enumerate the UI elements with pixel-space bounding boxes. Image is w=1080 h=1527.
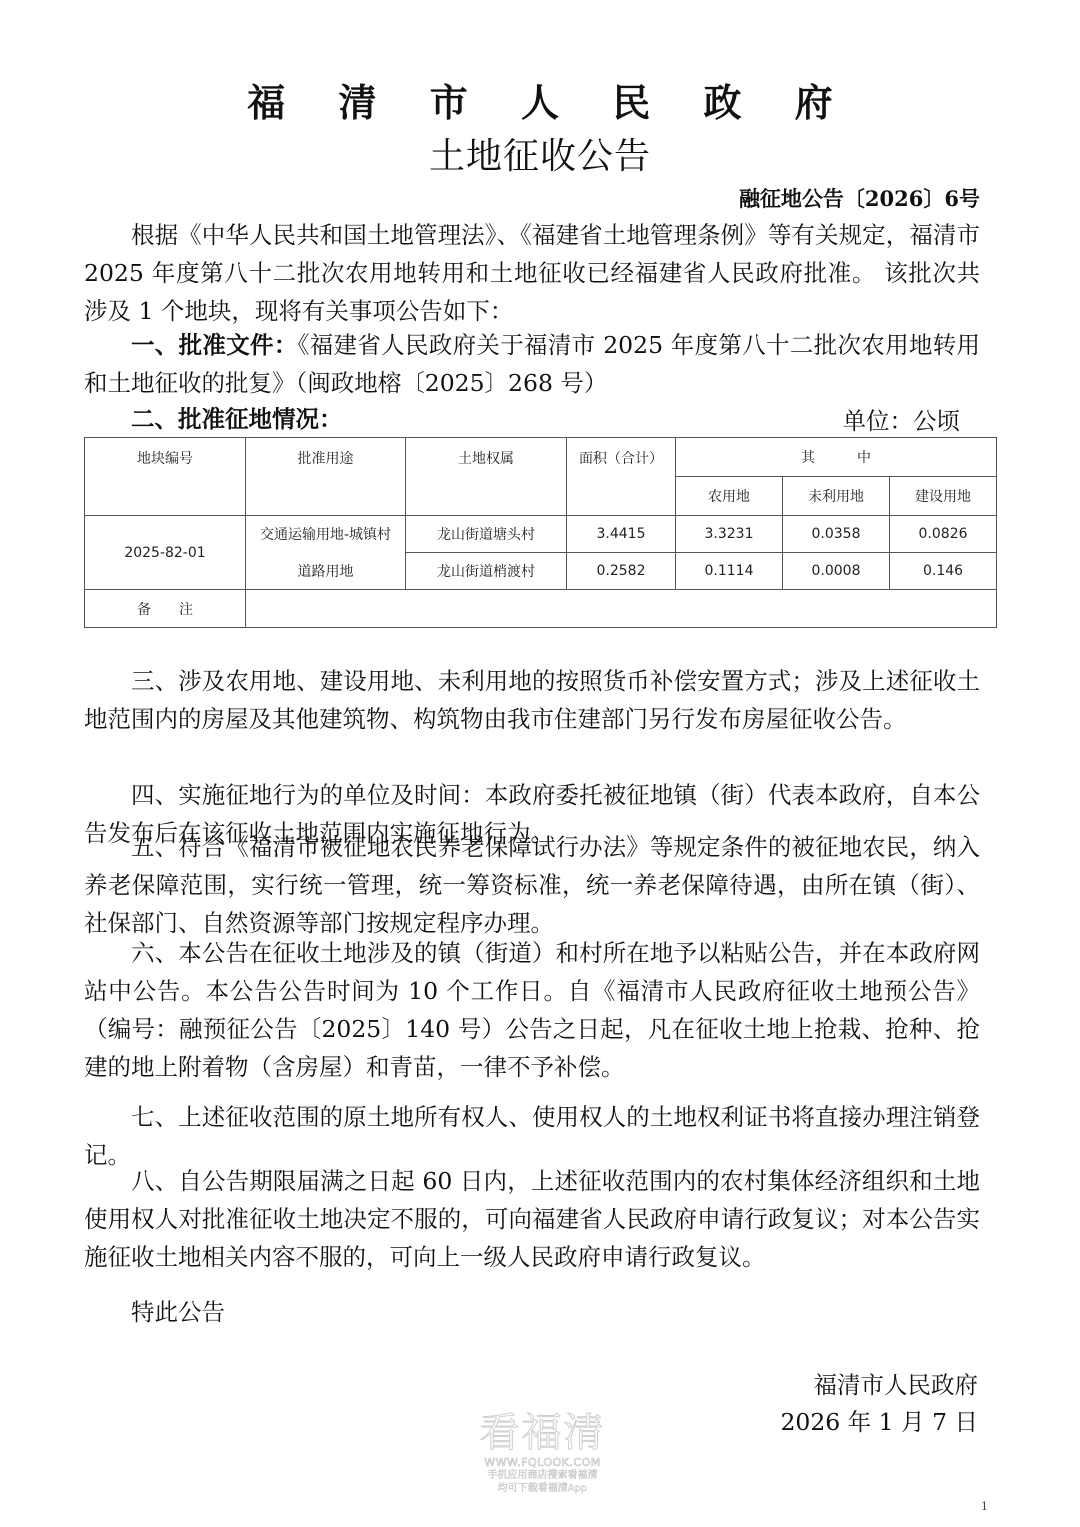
cell-approved-use-line1: 交通运输用地-城镇村 bbox=[246, 516, 406, 553]
cell-approved-use-line2: 道路用地 bbox=[246, 553, 406, 590]
section-approval-document: 一、批准文件：《福建省人民政府关于福清市 2025 年度第八十二批次农用地转用和… bbox=[84, 326, 980, 402]
cell-area-total: 0.2582 bbox=[567, 553, 676, 590]
intro-paragraph: 根据《中华人民共和国土地管理法》、《福建省土地管理条例》等有关规定，福清市 20… bbox=[84, 216, 980, 330]
signature-organization: 福清市人民政府 bbox=[814, 1366, 979, 1400]
table-header-row: 地块编号 批准用途 土地权属 面积（合计） 其 中 bbox=[85, 438, 997, 477]
header-unused: 未利用地 bbox=[783, 477, 890, 516]
header-approved-use: 批准用途 bbox=[246, 438, 406, 516]
cell-construction: 0.0826 bbox=[890, 516, 997, 553]
cell-parcel-id: 2025-82-01 bbox=[85, 516, 246, 590]
watermark-line2: 均可下载看福清App bbox=[470, 1482, 615, 1495]
watermark-logo: 看福清 bbox=[470, 1410, 615, 1456]
document-number: 融征地公告〔2026〕6号 bbox=[739, 183, 980, 213]
issuer-heading: 福 清 市 人 民 政 府 bbox=[0, 72, 1080, 127]
land-acquisition-table: 地块编号 批准用途 土地权属 面积（合计） 其 中 农用地 未利用地 建设用地 … bbox=[84, 437, 997, 628]
cell-ownership: 龙山街道塘头村 bbox=[406, 516, 567, 553]
paragraph-6: 六、本公告在征收土地涉及的镇（街道）和村所在地予以粘贴公告，并在本政府网站中公告… bbox=[84, 934, 980, 1086]
cell-ownership: 龙山街道梢渡村 bbox=[406, 553, 567, 590]
header-of-which: 其 中 bbox=[676, 438, 997, 477]
table-remark-row: 备 注 bbox=[85, 590, 997, 628]
header-area-total: 面积（合计） bbox=[567, 438, 676, 516]
watermark-line1: 手机应用商店搜索看福清 bbox=[470, 1469, 615, 1482]
paragraph-3: 三、涉及农用地、建设用地、未利用地的按照货币补偿安置方式；涉及上述征收土地范围内… bbox=[84, 662, 980, 738]
table-row: 2025-82-01 交通运输用地-城镇村 龙山街道塘头村 3.4415 3.3… bbox=[85, 516, 997, 553]
notice-title: 土地征收公告 bbox=[0, 128, 1080, 179]
paragraph-8: 八、自公告期限届满之日起 60 日内，上述征收范围内的农村集体经济组织和土地使用… bbox=[84, 1162, 980, 1276]
header-parcel-id: 地块编号 bbox=[85, 438, 246, 516]
unit-label: 单位：公顷 bbox=[843, 402, 961, 436]
cell-farmland: 3.3231 bbox=[676, 516, 783, 553]
signature-date: 2026 年 1 月 7 日 bbox=[780, 1403, 978, 1437]
remark-value bbox=[246, 590, 997, 628]
paragraph-5: 五、符合《福清市被征地农民养老保障试行办法》等规定条件的被征地农民，纳入养老保障… bbox=[84, 828, 980, 942]
cell-unused: 0.0008 bbox=[783, 553, 890, 590]
cell-area-total: 3.4415 bbox=[567, 516, 676, 553]
header-farmland: 农用地 bbox=[676, 477, 783, 516]
closing-phrase: 特此公告 bbox=[84, 1293, 980, 1331]
cell-farmland: 0.1114 bbox=[676, 553, 783, 590]
section-label: 一、批准文件： bbox=[131, 331, 298, 359]
page-number: 1 bbox=[981, 1500, 988, 1513]
header-construction: 建设用地 bbox=[890, 477, 997, 516]
cell-unused: 0.0358 bbox=[783, 516, 890, 553]
header-ownership: 土地权属 bbox=[406, 438, 567, 516]
remark-label: 备 注 bbox=[85, 590, 246, 628]
watermark-url: WWW.FQLOOK.COM bbox=[470, 1456, 615, 1469]
watermark: 看福清 WWW.FQLOOK.COM 手机应用商店搜索看福清 均可下载看福清Ap… bbox=[470, 1410, 615, 1495]
cell-construction: 0.146 bbox=[890, 553, 997, 590]
section-label: 二、批准征地情况： bbox=[131, 405, 343, 433]
